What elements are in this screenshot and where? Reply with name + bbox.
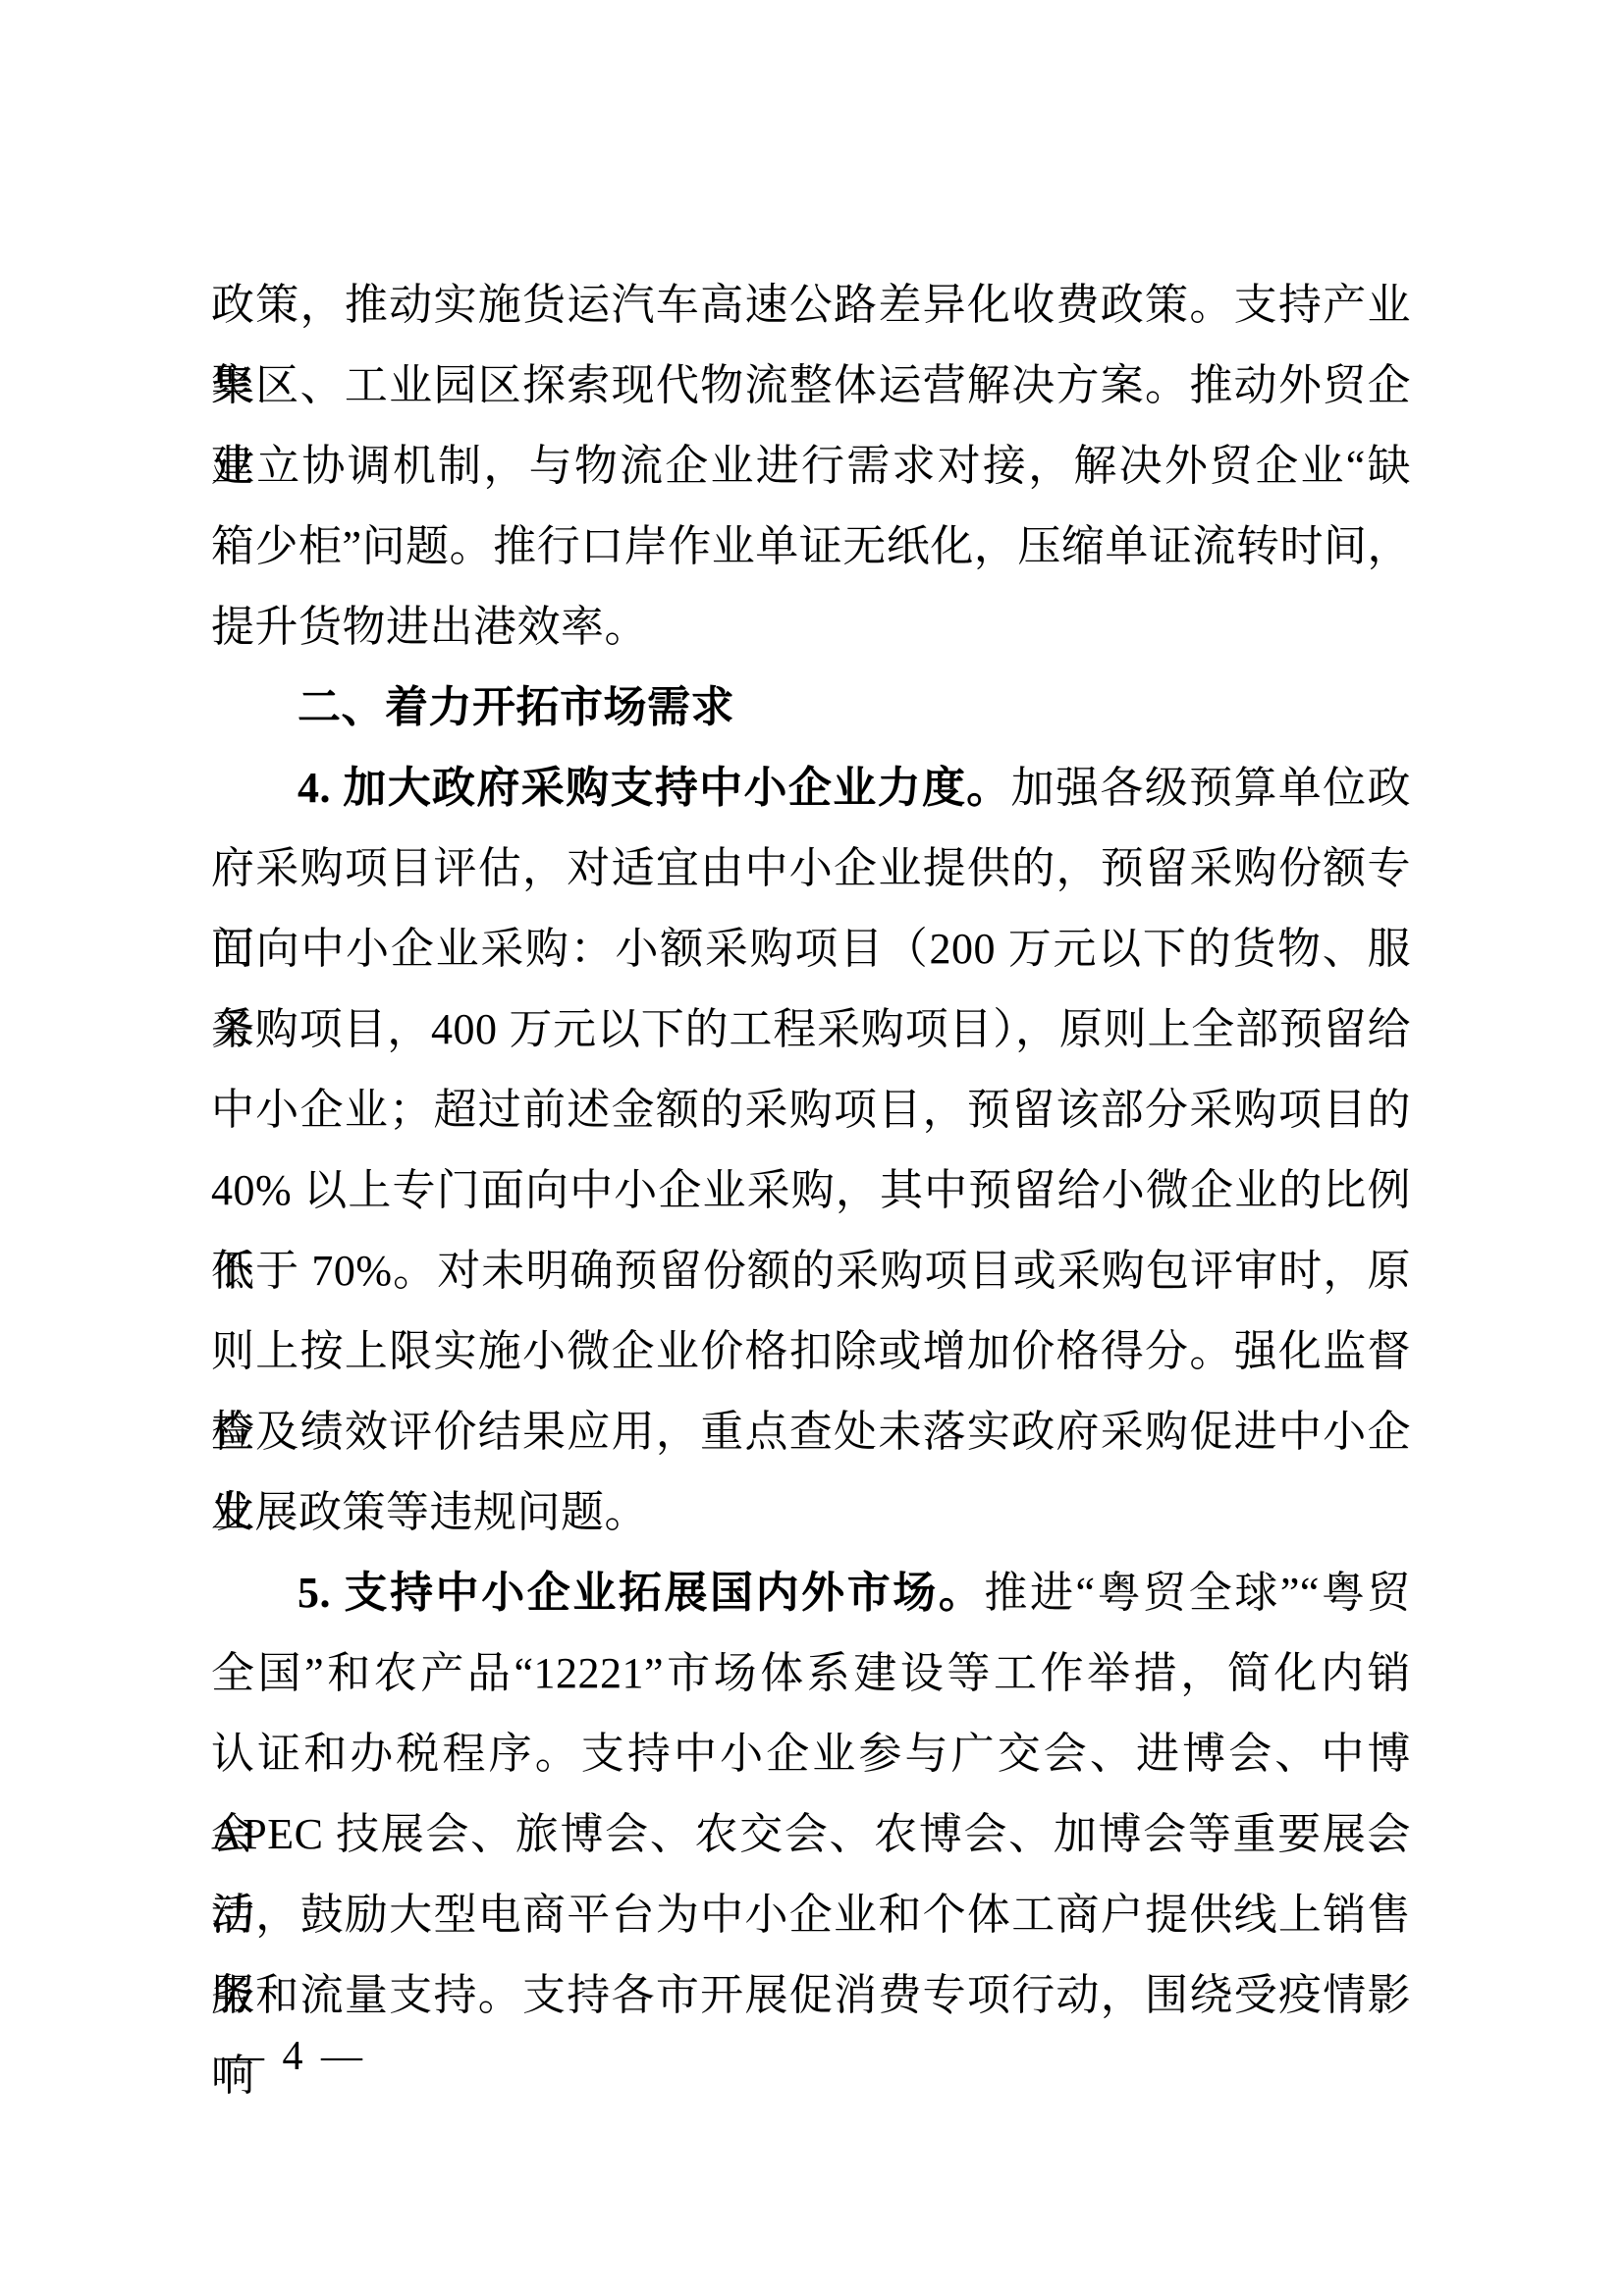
line-text: 发展政策等违规问题。 xyxy=(211,1488,648,1536)
text-line: 则上按上限实施小微企业价格扣除或增加价格得分。强化监督检 xyxy=(211,1311,1411,1392)
text-line: 查及绩效评价结果应用，重点查处未落实政府采购促进中小企业 xyxy=(211,1392,1411,1472)
text-line: 40% 以上专门面向中小企业采购，其中预留给小微企业的比例不 xyxy=(211,1150,1411,1231)
text-line: 4. 加大政府采购支持中小企业力度。加强各级预算单位政 xyxy=(211,748,1411,828)
line-text: 务和流量支持。支持各市开展促消费专项行动，围绕受疫情影响 xyxy=(211,1971,1411,2100)
text-line: 低于 70%。对未明确预留份额的采购项目或采购包评审时，原 xyxy=(211,1231,1411,1311)
text-line: 建立协调机制，与物流企业进行需求对接，解决外贸企业“缺 xyxy=(211,426,1411,507)
line-text: 加强各级预算单位政 xyxy=(1011,764,1411,812)
text-line: 务和流量支持。支持各市开展促消费专项行动，围绕受疫情影响 xyxy=(211,1955,1411,2036)
document-page: 政策，推动实施货运汽车高速公路差异化收费政策。支持产业集聚区、工业园区探索现代物… xyxy=(0,0,1624,2296)
text-line: APEC 技展会、旅博会、农交会、农博会、加博会等重要展会活 xyxy=(211,1794,1411,1875)
heading-text: 二、着力开拓市场需求 xyxy=(298,683,734,731)
text-line: 动，鼓励大型电商平台为中小企业和个体工商户提供线上销售服 xyxy=(211,1875,1411,1955)
text-line: 政策，推动实施货运汽车高速公路差异化收费政策。支持产业集 xyxy=(211,265,1411,346)
text-line: 发展政策等违规问题。 xyxy=(211,1472,1411,1553)
bold-lead-in: 5. 支持中小企业拓展国内外市场。 xyxy=(298,1569,984,1617)
line-text: 提升货物进出港效率。 xyxy=(211,603,648,651)
line-text: 全国”和农产品“12221”市场体系建设等工作举措，简化内销 xyxy=(211,1649,1411,1697)
line-text: 中小企业；超过前述金额的采购项目，预留该部分采购项目的 xyxy=(211,1086,1411,1134)
text-line: 箱少柜”问题。推行口岸作业单证无纸化，压缩单证流转时间， xyxy=(211,507,1411,587)
line-text: 箱少柜”问题。推行口岸作业单证无纸化，压缩单证流转时间， xyxy=(211,522,1411,570)
line-text: 建立协调机制，与物流企业进行需求对接，解决外贸企业“缺 xyxy=(211,442,1411,490)
text-line: 提升货物进出港效率。 xyxy=(211,587,1411,667)
text-line: 面向中小企业采购：小额采购项目（200 万元以下的货物、服务 xyxy=(211,909,1411,989)
page-number-footer: — 4 — xyxy=(223,2034,366,2079)
text-line: 认证和办税程序。支持中小企业参与广交会、进博会、中博会、 xyxy=(211,1714,1411,1794)
text-line: 采购项目，400 万元以下的工程采购项目），原则上全部预留给 xyxy=(211,989,1411,1070)
text-line: 全国”和农产品“12221”市场体系建设等工作举措，简化内销 xyxy=(211,1633,1411,1714)
text-line: 府采购项目评估，对适宜由中小企业提供的，预留采购份额专门 xyxy=(211,828,1411,909)
text-line: 中小企业；超过前述金额的采购项目，预留该部分采购项目的 xyxy=(211,1070,1411,1150)
line-text: 推进“粤贸全球”“粤贸 xyxy=(984,1569,1411,1617)
bold-lead-in: 4. 加大政府采购支持中小企业力度。 xyxy=(298,764,1011,812)
text-line: 5. 支持中小企业拓展国内外市场。推进“粤贸全球”“粤贸 xyxy=(211,1553,1411,1633)
text-line: 聚区、工业园区探索现代物流整体运营解决方案。推动外贸企业 xyxy=(211,346,1411,426)
section-heading: 二、着力开拓市场需求 xyxy=(211,667,1411,748)
document-body: 政策，推动实施货运汽车高速公路差异化收费政策。支持产业集聚区、工业园区探索现代物… xyxy=(211,265,1411,2036)
line-text: 低于 70%。对未明确预留份额的采购项目或采购包评审时，原 xyxy=(211,1247,1411,1295)
line-text: 采购项目，400 万元以下的工程采购项目），原则上全部预留给 xyxy=(211,1005,1411,1053)
